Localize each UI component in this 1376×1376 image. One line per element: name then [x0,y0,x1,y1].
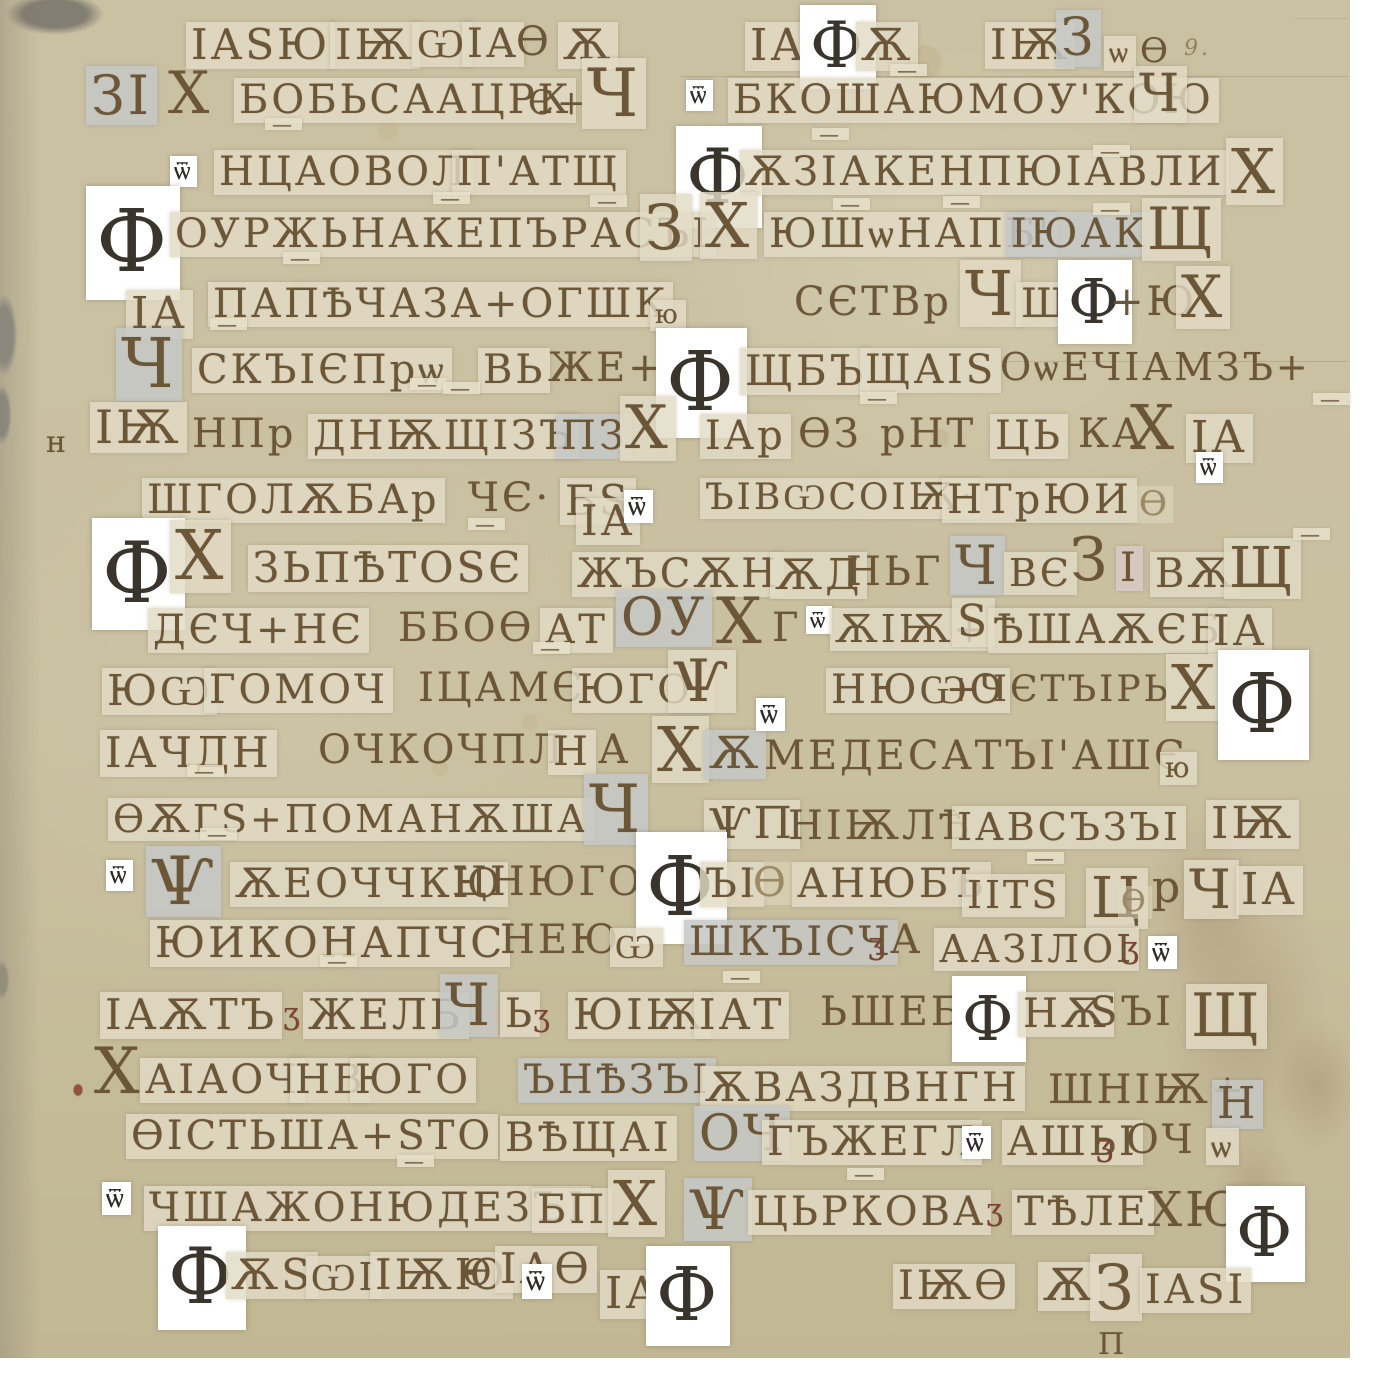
letter-group: БОБЬСААЦРК [234,78,576,123]
letter-group: Х [620,396,676,461]
letter-group: З [1090,1254,1142,1321]
letter-group: МЕДЕСАТЪІ'АШЄ [764,736,1188,777]
letter-group: Ѱ [146,846,221,917]
ot-ligature-badge: ѿ [756,698,785,731]
letter-group: р [1152,866,1183,911]
letter-group: ІА [1236,866,1303,915]
titlo-mark: — [187,765,224,777]
letter-group: ІѬ [330,22,420,69]
letter-group: Ѡ [610,928,663,967]
letter-group: ОЧ [1126,1120,1196,1161]
letter-group: ЧЄ· [468,478,551,519]
letter-group: А [890,920,923,961]
pasted-letter-whitebox: Ф [646,1246,730,1346]
letter-group: ІАЅІ [1140,1268,1251,1313]
letter-group: СЄТВр [794,282,952,323]
letter-group: ДЄЧ+НЄ [148,608,369,653]
letter-group: Х [700,192,757,259]
letter-group: ѲІСТЬША+ЅТО [126,1114,498,1159]
letter-group: Х [1130,396,1177,459]
letter-group: Ѳ [1136,486,1173,523]
letter-group: ГОМОЧ [204,668,393,713]
letter-group: Щ [1142,198,1221,261]
letter-group: ЮѠ [102,668,217,715]
letter-group: ББОѲ [398,608,534,649]
letter-group: НЦАОВОЛ [214,150,473,195]
titlo-mark: — [265,118,302,130]
letter-group: ЅЪІ [1090,992,1174,1033]
letter-group: ІІТЅ [962,874,1065,917]
letter-group: А [598,730,631,771]
titlo-mark: — [1027,852,1064,864]
letter-group: НТрЮИ [942,478,1137,523]
pasted-letter-whitebox: Ф [952,976,1026,1062]
letter-group: ІАВСЪЗЪІ [952,806,1186,849]
letter-group: н [46,428,69,459]
letter-group: Ч [1184,860,1239,919]
letter-group: Ч [950,536,1005,595]
titlo-mark: — [1093,145,1130,157]
pasted-letter-whitebox: Ф [1218,650,1309,760]
letter-group: ШКЪІСЧ [684,920,898,965]
letter-group: Х [94,1040,143,1105]
letter-group: Ч [582,58,646,129]
manuscript-page: 9. ІАЅЮІѬѠІАѲѪІАФѪІѬЗѡѲЗІХБОБЬСААЦРКЄ+Чѿ… [0,0,1350,1358]
letter-group: ѡ [1104,36,1136,71]
titlo-mark: — [812,128,849,140]
titlo-mark: — [410,378,447,390]
letter-group: ІЮАК [1006,212,1153,257]
letter-group: ОЧКОЧПЛ [318,730,566,771]
titlo-mark: — [468,518,505,530]
letter-group: П'АТЩ [452,150,626,195]
letter-group: ІА [1208,608,1272,655]
letter-group: ЦЬ [990,414,1068,459]
letter-group: Ч [440,974,498,1037]
letter-group: Х [1176,266,1230,329]
titlo-mark: — [320,955,357,967]
letter-group: Г [772,608,801,649]
letter-group: ЪНѢЗЪІ [518,1058,716,1103]
letter-group: ЩАІЅ [860,348,1001,393]
titlo-mark: — [943,196,980,208]
titlo-mark: — [433,192,470,204]
letter-group: ВЄ [1004,552,1077,595]
letter-group: Н [1212,1080,1263,1129]
letter-group: Ѳ [750,862,792,905]
letter-group: Ч [960,260,1021,327]
letter-group: +ЧЄТЪІРЬ [946,672,1171,709]
cinnabar-mark: ӡ [1096,1132,1116,1163]
titlo-mark: — [847,1168,884,1180]
letter-group: ѲѪГЅ+ПОМАНѪША [108,798,594,841]
letter-group: ААЗІЛОІ [934,928,1139,971]
ot-ligature-badge: ѿ [102,1182,131,1215]
letter-group: ІѬ [90,402,187,453]
letter-group: ѲЗ [798,414,862,455]
letter-group: ІА [462,22,524,67]
cinnabar-mark: ӡ [868,930,888,961]
letter-group: Х [608,1170,665,1237]
letter-group: Х [1226,138,1283,205]
letter-group: ІАТ [694,992,789,1039]
letter-group: Н [548,730,596,775]
cinnabar-mark: ӡ [283,1000,303,1031]
letter-group: І [1116,546,1143,591]
titlo-mark: — [1293,528,1330,540]
titlo-mark: — [590,195,627,207]
ot-ligature-badge: ѿ [170,156,197,187]
letter-group: ЧШАЖОНЮДЕЗЪІ [144,1186,591,1231]
ot-ligature-badge: ѿ [806,606,832,634]
letter-group: ВѢЩАІ [500,1116,677,1161]
page-number: 9. [1184,38,1211,60]
titlo-mark: — [1093,203,1130,215]
letter-group: АШЬІ [1002,1120,1143,1165]
letter-group: НІѬЛѢ [788,806,972,847]
letter-group: НПр [192,414,296,455]
letter-group: ѪЅ [226,1252,318,1299]
ot-ligature-badge: ѿ [1148,936,1177,969]
letter-group: Х [716,590,765,655]
letter-group: ю [1160,752,1197,785]
letter-group: ІѬѲ [893,1264,1015,1309]
titlo-mark: — [1313,393,1350,405]
letter-group: Ѳ [1118,886,1152,919]
letter-group: ІАѪТЪ [100,992,282,1039]
letter-group: ѡ [1206,1128,1239,1165]
letter-group: ПАПѢЧАЗА+ОГШК [208,282,673,327]
titlo-mark: — [283,252,320,264]
letter-group: Ч [116,328,182,401]
letter-group: П [1098,1330,1127,1361]
titlo-mark: — [833,198,870,210]
letter-group: ѪЗІАКЕНПЮІАВЛИ [740,150,1229,195]
ot-ligature-badge: ѿ [1196,452,1223,483]
letter-group: З [640,194,692,261]
letter-group: ЬШЕБ [820,992,963,1033]
letter-group: ОѡЕЧІАМЗЪ+ [1000,348,1311,387]
letter-group: ІЦАМЄ [418,668,586,709]
letter-group: Х [170,520,231,593]
titlo-mark: — [533,642,570,654]
letter-group: ВЬ [478,348,550,393]
ruling-line [1295,18,1348,19]
letter-group: БП [532,1188,612,1233]
cinnabar-mark: ӡ [533,1002,553,1033]
letter-group: З [1070,530,1110,591]
letter-group: Х [168,64,212,123]
ot-ligature-badge: ѿ [624,490,653,523]
letter-group: ЦЬРКОВА [748,1190,991,1235]
letter-group: Щ [1186,984,1267,1049]
titlo-mark: — [890,64,927,76]
letter-group: Ѫ [704,730,766,779]
letter-group: ѢШАѪЄБ [988,608,1227,653]
letter-group: Ѱ [668,650,736,713]
letter-group: Ѳ [462,1256,495,1293]
letter-group: Є+ [528,86,589,121]
letter-group: ЮІѬ [568,992,711,1039]
letter-group: ю [650,300,686,331]
letter-group: ОУ [616,590,712,647]
letter-group: ІѬ [1206,800,1299,849]
letter-group: ЩБЪ [740,348,871,395]
ot-ligature-badge: ѿ [106,860,133,891]
letter-group: ЮГО [350,1058,476,1103]
letter-group: ЗІ [86,66,157,125]
letter-group: З [1056,10,1101,67]
ot-ligature-badge: ѿ [962,1126,991,1159]
titlo-mark: — [200,828,237,840]
titlo-mark: — [443,382,480,394]
letter-group: рНТ [880,414,976,455]
letter-group: Ѳ [516,22,552,63]
letter-group: ДНѬЩІЗЪ [308,414,579,459]
letter-group: Х [1166,654,1223,721]
letter-group: ЪІВѠСОІѬ· [700,478,980,519]
titlo-mark: — [723,971,760,983]
letter-group: ЗЬПѢТОЅЄ [248,545,528,592]
ot-ligature-badge: ѿ [522,1264,552,1299]
titlo-mark: — [210,318,247,330]
letter-group: ЦНЮГО· [452,862,660,903]
letter-group: НЬГ [846,552,943,593]
titlo-mark: — [397,1155,434,1167]
letter-group: АІАОЧ [140,1058,305,1103]
letter-group: ТѢЛЕ [1012,1190,1154,1235]
letter-group: ОУРЖЬНАКЕПЪРАСЪІ [170,212,716,257]
letter-group: Ч [1134,66,1187,123]
letter-group: ІАр [700,414,791,459]
cinnabar-mark: ӡ [1122,934,1142,965]
letter-group: Щ [1224,538,1301,599]
ot-ligature-badge: ѿ [686,80,713,111]
titlo-mark: — [860,392,897,404]
letter-group: ГЪЖЕГЛ [762,1120,982,1165]
letter-group: Ѱ [684,1178,752,1241]
letter-group: НЕЮ [500,920,621,961]
pasted-letter-whitebox: Ф [86,186,180,300]
letter-group: Х [652,716,709,783]
cinnabar-mark: ӡ [986,1196,1006,1227]
